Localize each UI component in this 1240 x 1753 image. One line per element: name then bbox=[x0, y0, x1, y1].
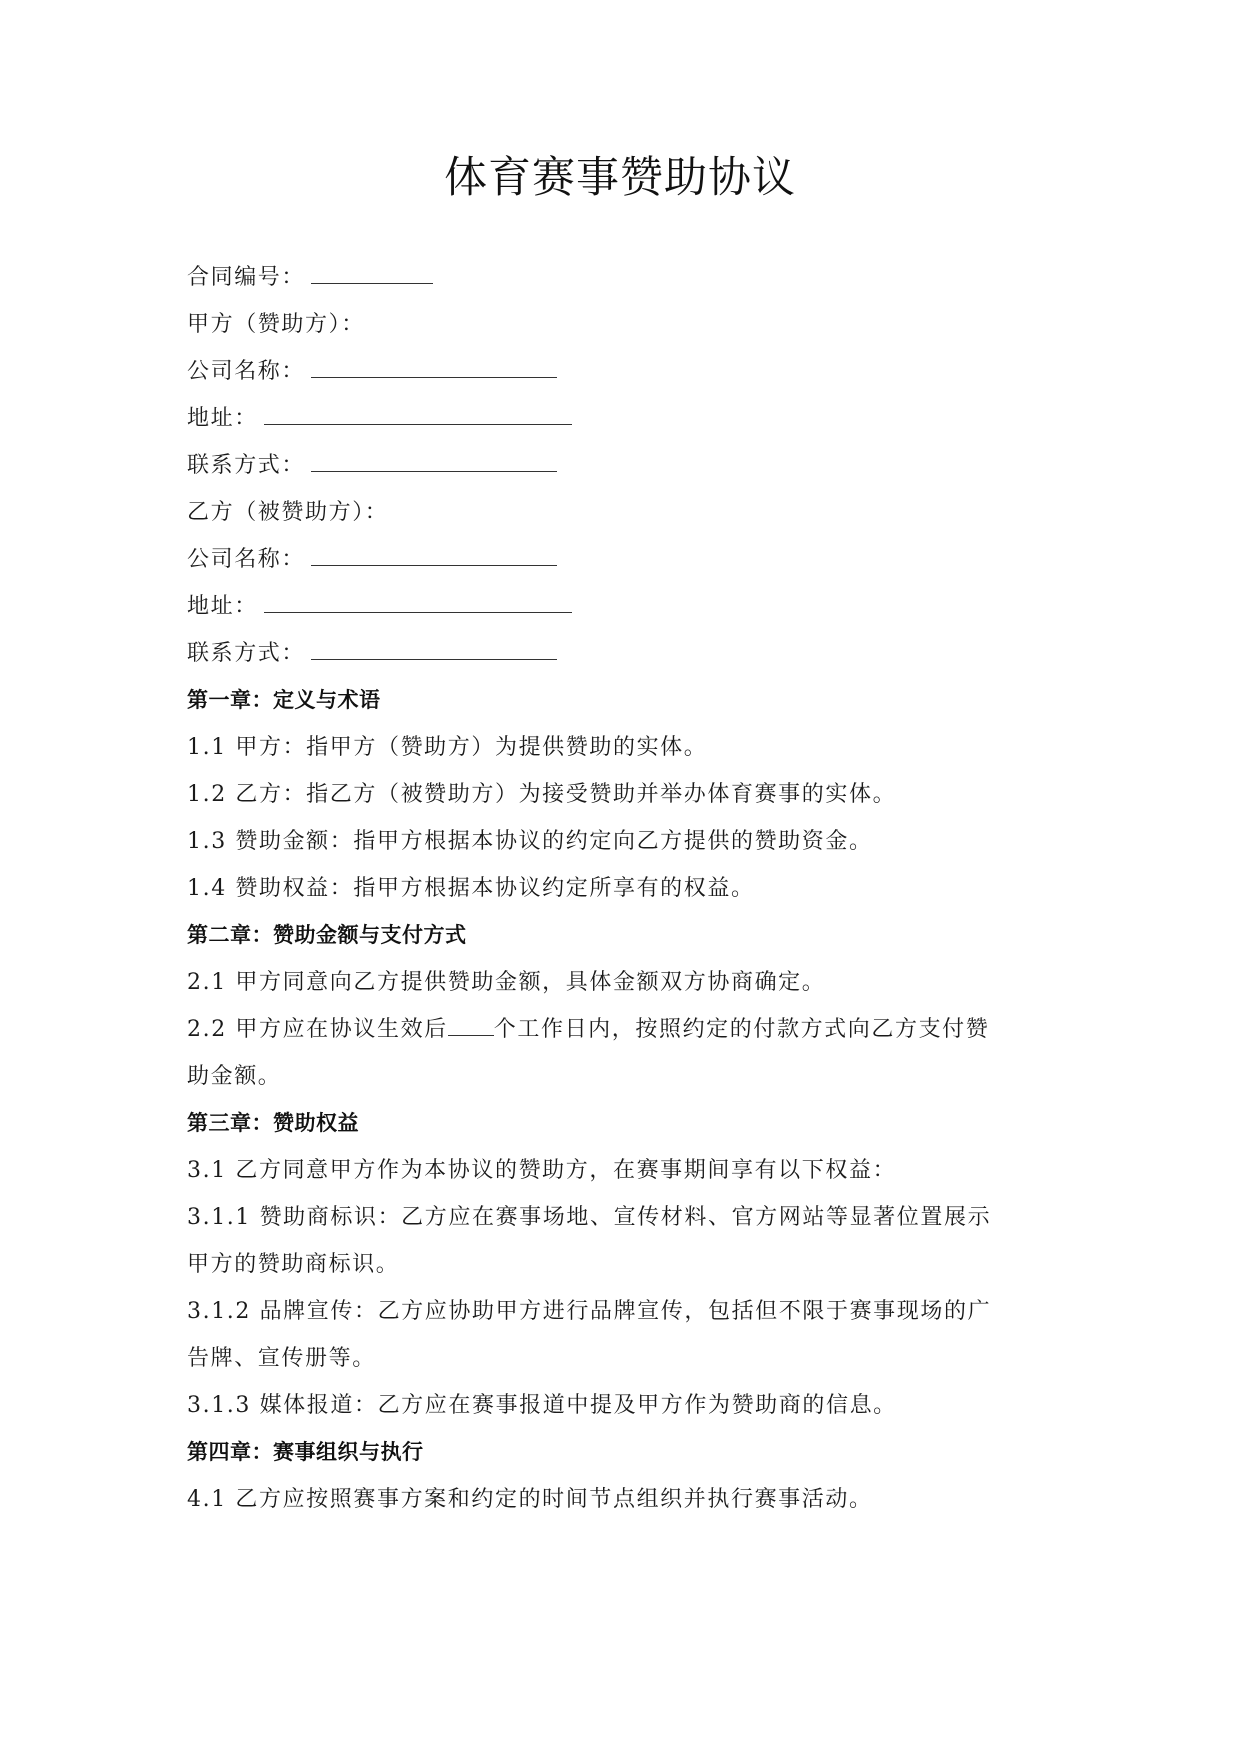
chapter-4-heading: 第四章：赛事组织与执行 bbox=[187, 1429, 1057, 1476]
party-a-company-label: 公司名称： bbox=[187, 359, 305, 384]
chapter-3-heading: 第三章：赞助权益 bbox=[187, 1100, 1057, 1147]
party-a-company-field: 公司名称： bbox=[187, 348, 1057, 395]
document-body: 合同编号： 甲方（赞助方）： 公司名称： 地址： 联系方式： 乙方（被赞助方）：… bbox=[187, 254, 1057, 1523]
clause-2-2-text-before: 2.2 甲方应在协议生效后 bbox=[187, 1017, 448, 1042]
party-b-company-blank[interactable] bbox=[311, 545, 557, 566]
contract-number-label: 合同编号： bbox=[187, 265, 305, 290]
party-a-address-label: 地址： bbox=[187, 406, 258, 431]
party-a-contact-field: 联系方式： bbox=[187, 442, 1057, 489]
clause-2-2-text-after: 个工作日内，按照约定的付款方式向乙方支付赞 bbox=[494, 1017, 990, 1042]
contract-number-field: 合同编号： bbox=[187, 254, 1057, 301]
clause-1-2: 1.2 乙方：指乙方（被赞助方）为接受赞助并举办体育赛事的实体。 bbox=[187, 771, 1057, 818]
chapter-1-heading: 第一章：定义与术语 bbox=[187, 677, 1057, 724]
contract-number-blank[interactable] bbox=[311, 263, 433, 284]
party-a-contact-label: 联系方式： bbox=[187, 453, 305, 478]
clause-3-1-1: 3.1.1 赞助商标识：乙方应在赛事场地、宣传材料、官方网站等显著位置展示 bbox=[187, 1194, 1057, 1241]
party-b-contact-blank[interactable] bbox=[311, 639, 557, 660]
clause-3-1-3: 3.1.3 媒体报道：乙方应在赛事报道中提及甲方作为赞助商的信息。 bbox=[187, 1382, 1057, 1429]
party-b-address-blank[interactable] bbox=[264, 592, 572, 613]
clause-3-1-2: 3.1.2 品牌宣传：乙方应协助甲方进行品牌宣传，包括但不限于赛事现场的广 bbox=[187, 1288, 1057, 1335]
clause-3-1-2-continuation: 告牌、宣传册等。 bbox=[187, 1335, 1057, 1382]
party-b-heading: 乙方（被赞助方）： bbox=[187, 489, 1057, 536]
clause-3-1: 3.1 乙方同意甲方作为本协议的赞助方，在赛事期间享有以下权益： bbox=[187, 1147, 1057, 1194]
clause-2-2-continuation: 助金额。 bbox=[187, 1053, 1057, 1100]
clause-1-4: 1.4 赞助权益：指甲方根据本协议约定所享有的权益。 bbox=[187, 865, 1057, 912]
party-a-company-blank[interactable] bbox=[311, 357, 557, 378]
clause-1-1: 1.1 甲方：指甲方（赞助方）为提供赞助的实体。 bbox=[187, 724, 1057, 771]
party-a-contact-blank[interactable] bbox=[311, 451, 557, 472]
document-page: 体育赛事赞助协议 合同编号： 甲方（赞助方）： 公司名称： 地址： 联系方式： … bbox=[0, 0, 1240, 1753]
party-b-address-label: 地址： bbox=[187, 594, 258, 619]
clause-4-1: 4.1 乙方应按照赛事方案和约定的时间节点组织并执行赛事活动。 bbox=[187, 1476, 1057, 1523]
party-a-address-blank[interactable] bbox=[264, 404, 572, 425]
clause-1-3: 1.3 赞助金额：指甲方根据本协议的约定向乙方提供的赞助资金。 bbox=[187, 818, 1057, 865]
clause-3-1-1-continuation: 甲方的赞助商标识。 bbox=[187, 1241, 1057, 1288]
party-a-address-field: 地址： bbox=[187, 395, 1057, 442]
chapter-2-heading: 第二章：赞助金额与支付方式 bbox=[187, 912, 1057, 959]
party-a-heading: 甲方（赞助方）： bbox=[187, 301, 1057, 348]
working-days-blank[interactable] bbox=[448, 1017, 494, 1036]
party-b-company-field: 公司名称： bbox=[187, 536, 1057, 583]
party-b-address-field: 地址： bbox=[187, 583, 1057, 630]
party-b-contact-field: 联系方式： bbox=[187, 630, 1057, 677]
document-title: 体育赛事赞助协议 bbox=[0, 148, 1240, 208]
party-b-contact-label: 联系方式： bbox=[187, 641, 305, 666]
party-b-company-label: 公司名称： bbox=[187, 547, 305, 572]
clause-2-2: 2.2 甲方应在协议生效后个工作日内，按照约定的付款方式向乙方支付赞 bbox=[187, 1006, 1057, 1053]
clause-2-1: 2.1 甲方同意向乙方提供赞助金额，具体金额双方协商确定。 bbox=[187, 959, 1057, 1006]
